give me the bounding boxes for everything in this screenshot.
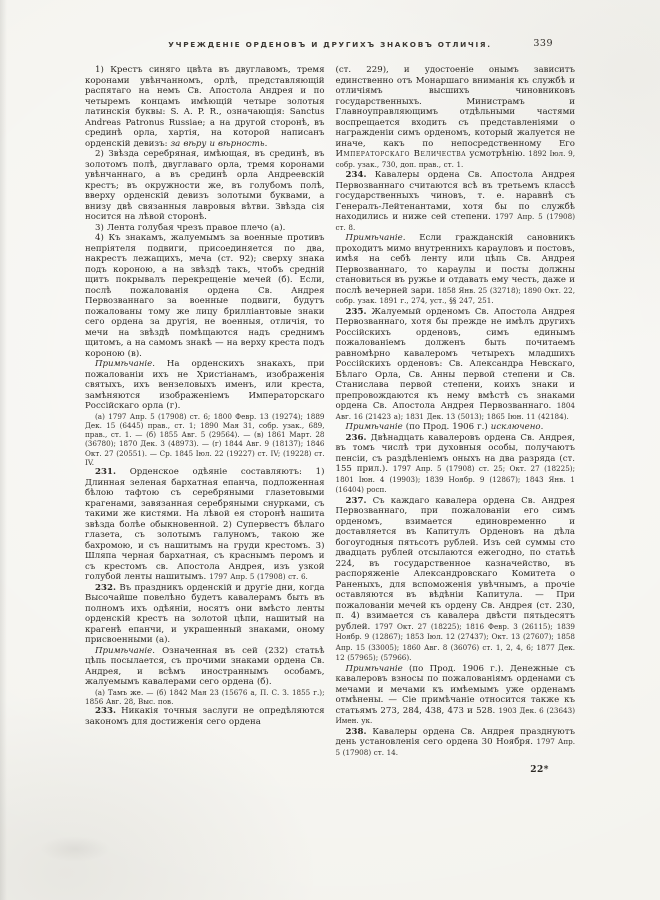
scan-smudge-artifact xyxy=(40,836,110,862)
article-number: 238. xyxy=(346,727,367,737)
citation-block: (а) 1797 Апр. 5 (17908) ст. 6; 1800 Февр… xyxy=(85,412,325,468)
running-title: УЧРЕЖДЕНІЕ ОРДЕНОВЪ И ДРУГИХЪ ЗНАКОВЪ ОТ… xyxy=(85,40,575,49)
article-number: 237. xyxy=(346,496,367,506)
note-paragraph: Примѣчаніе (по Прод. 1906 г.) исключено. xyxy=(336,422,576,433)
article-number: 236. xyxy=(346,433,367,443)
note-paragraph: Примѣчаніе (по Прод. 1906 г.). Денежные … xyxy=(336,664,576,727)
imperial-style-text: Императорскаго Величества xyxy=(336,149,467,159)
text-run: Никакія точныя заслуги не опредѣляются з… xyxy=(85,706,325,727)
text-run: 3) Лента голубая чрезъ правое плечо (а). xyxy=(95,223,285,233)
left-column: 1) Крестъ синяго цвѣта въ двуглавомъ, тр… xyxy=(85,65,325,776)
list-item-3: 3) Лента голубая чрезъ правое плечо (а). xyxy=(85,223,325,234)
list-item-4: 4) Къ знакамъ, жалуемымъ за военные прот… xyxy=(85,233,325,359)
page-header: УЧРЕЖДЕНІЕ ОРДЕНОВЪ И ДРУГИХЪ ЗНАКОВЪ ОТ… xyxy=(85,40,575,54)
article-237: 237. Съ каждаго кавалера ордена Св. Андр… xyxy=(336,496,576,664)
article-231: 231. Орденское одѣяніе составляютъ: 1) Д… xyxy=(85,467,325,583)
document-page: УЧРЕЖДЕНІЕ ОРДЕНОВЪ И ДРУГИХЪ ЗНАКОВЪ ОТ… xyxy=(0,0,660,900)
note-label: Примѣчаніе xyxy=(346,664,403,674)
text-run: Съ каждаго кавалера ордена Св. Андрея Пе… xyxy=(336,496,576,632)
text-run: 4) Къ знакамъ, жалуемымъ за военные прот… xyxy=(85,233,325,359)
text-run: (ст. 229), и удостоеніе онымъ зависитъ е… xyxy=(336,65,576,149)
signature-mark: 22* xyxy=(336,765,576,776)
article-238: 238. Кавалеры ордена Св. Андрея праздную… xyxy=(336,727,576,759)
citation-text: 1797 Апр. 5 (17908) ст. 6. xyxy=(209,572,308,581)
citation-text: (а) 1797 Апр. 5 (17908) ст. 6; 1800 Февр… xyxy=(85,412,325,467)
text-run: Жалуемый орденомъ Св. Апостола Андрея Пе… xyxy=(336,307,576,412)
list-item-1: 1) Крестъ синяго цвѣта въ двуглавомъ, тр… xyxy=(85,65,325,149)
italic-text: за вѣру и вѣрность. xyxy=(171,139,268,149)
scan-edge-artifact xyxy=(0,0,7,900)
citation-text: (а) Тамъ же. — (б) 1842 Мая 23 (15676 а,… xyxy=(85,688,325,706)
signature-mark-text: 22* xyxy=(530,765,549,775)
note-label: Примѣчаніе. xyxy=(346,233,406,243)
article-234: 234. Кавалеры ордена Св. Апостола Андрея… xyxy=(336,170,576,233)
text-run: усмотрѣнію. xyxy=(466,149,528,159)
note-paragraph: Примѣчаніе. На орденскихъ знакахъ, при п… xyxy=(85,359,325,412)
article-number: 231. xyxy=(95,467,116,477)
note-label: Примѣчаніе. xyxy=(95,646,155,656)
article-236: 236. Двѣнадцать кавалеровъ ордена Св. Ан… xyxy=(336,433,576,496)
text-run: 2) Звѣзда серебряная, имѣющая, въ средин… xyxy=(85,149,325,222)
text-run: 1) Крестъ синяго цвѣта въ двуглавомъ, тр… xyxy=(85,65,325,149)
italic-text: исключено. xyxy=(491,422,544,432)
article-number: 234. xyxy=(346,170,367,180)
article-number: 235. xyxy=(346,307,367,317)
article-233: 233. Никакія точныя заслуги не опредѣляю… xyxy=(85,706,325,727)
note-paragraph: Примѣчаніе. Если гражданскій сановникъ п… xyxy=(336,233,576,307)
note-label: Примѣчаніе. xyxy=(95,359,155,369)
text-run: (по Прод. 1906 г.) xyxy=(403,422,491,432)
right-column: (ст. 229), и удостоеніе онымъ зависитъ е… xyxy=(336,65,576,776)
list-item-2: 2) Звѣзда серебряная, имѣющая, въ средин… xyxy=(85,149,325,223)
page-number: 339 xyxy=(533,38,553,49)
text-run: Въ праздникъ орденскій и другіе дни, ког… xyxy=(85,583,325,646)
note-label: Примѣчаніе xyxy=(346,422,403,432)
article-235: 235. Жалуемый орденомъ Св. Апостола Андр… xyxy=(336,307,576,423)
article-number: 232. xyxy=(95,583,116,593)
note-paragraph: Примѣчаніе. Означенная въ сей (232) стат… xyxy=(85,646,325,688)
text-columns: 1) Крестъ синяго цвѣта въ двуглавомъ, тр… xyxy=(85,65,575,776)
article-233-continuation: (ст. 229), и удостоеніе онымъ зависитъ е… xyxy=(336,65,576,170)
citation-block: (а) Тамъ же. — (б) 1842 Мая 23 (15676 а,… xyxy=(85,688,325,707)
text-run: Орденское одѣяніе составляютъ: 1) Длинна… xyxy=(85,467,325,582)
article-232: 232. Въ праздникъ орденскій и другіе дни… xyxy=(85,583,325,646)
article-number: 233. xyxy=(95,706,116,716)
